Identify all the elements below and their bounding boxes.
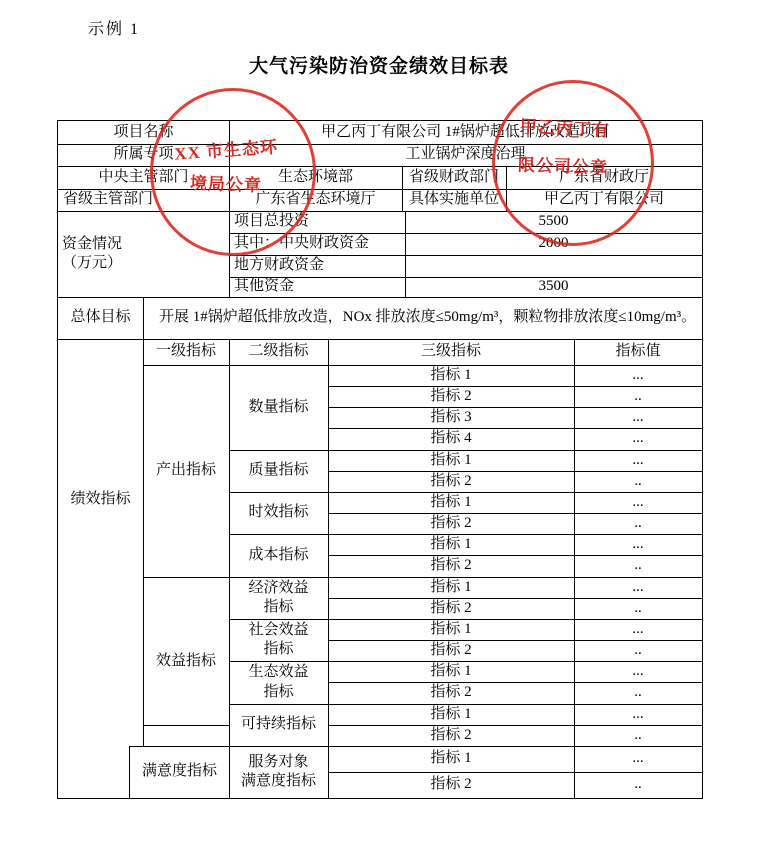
level2-line: 指标 [263, 640, 293, 660]
central-dept-value: 生态环境部 [229, 166, 402, 189]
level2-line: 时效指标 [248, 503, 308, 523]
prov-finance-value: 广东省财政厅 [506, 166, 702, 189]
level2-quantity-label: 数量指标 [229, 365, 328, 450]
level2-line: 指标 [263, 598, 293, 618]
level1-benefit-label: 效益指标 [143, 577, 229, 746]
indicator-name-cell: 指标 1 [328, 661, 574, 682]
indicator-value-cell: ... [574, 577, 702, 598]
indicator-name-cell: 指标 1 [328, 577, 574, 598]
performance-target-table: 项目名称 甲乙丙丁有限公司 1#锅炉超低排放改造项目 所属专项 工业锅炉深度治理… [57, 120, 703, 799]
funding-row-label: 其他资金 [229, 277, 405, 297]
indicator-name-cell: 指标 1 [328, 450, 574, 471]
level2-line: 成本指标 [248, 546, 308, 566]
prov-finance-label: 省级财政部门 [402, 166, 506, 189]
level2-timeliness-label: 时效指标 [229, 492, 328, 534]
indicator-name-cell: 指标 1 [328, 365, 574, 386]
funding-section-label: 资金情况 （万元） [58, 211, 229, 297]
indicator-name-cell: 指标 1 [328, 619, 574, 640]
funding-row-value: 2000 [405, 233, 702, 255]
page-title: 大气污染防治资金绩效目标表 [57, 51, 701, 78]
header-level1: 一级指标 [143, 339, 229, 365]
funding-row-label: 项目总投资 [229, 211, 405, 233]
level2-line: 服务对象 [248, 753, 308, 773]
project-name-value: 甲乙丙丁有限公司 1#锅炉超低排放改造项目 [229, 121, 702, 144]
level2-social-label: 社会效益指标 [229, 619, 328, 661]
example-label: 示例 1 [88, 16, 140, 39]
level2-service-satisfaction-label: 服务对象满意度指标 [229, 746, 328, 798]
level2-cost-label: 成本指标 [229, 534, 328, 577]
indicator-value-cell: .. [574, 682, 702, 704]
indicator-name-cell: 指标 2 [328, 471, 574, 492]
funding-row-value: 3500 [405, 277, 702, 297]
indicator-value-cell: .. [574, 513, 702, 534]
indicator-name-cell: 指标 2 [328, 640, 574, 661]
level1-output-label: 产出指标 [143, 365, 229, 577]
funding-label-line2: （万元） [62, 254, 122, 274]
central-dept-label: 中央主管部门 [58, 166, 229, 189]
indicator-name-cell: 指标 2 [328, 772, 574, 798]
level2-line: 数量指标 [248, 398, 308, 418]
header-indicator-value: 指标值 [574, 339, 702, 365]
indicator-value-cell: ... [574, 450, 702, 471]
level2-line: 质量指标 [248, 461, 308, 481]
document-page: 示例 1 大气污染防治资金绩效目标表 [0, 0, 758, 845]
indicator-value-cell: ... [574, 492, 702, 513]
indicator-value-cell: ... [574, 428, 702, 450]
funding-row-value: 5500 [405, 211, 702, 233]
impl-unit-label: 具体实施单位 [402, 189, 506, 211]
funding-row-label: 其中：中央财政资金 [229, 233, 405, 255]
indicator-name-cell: 指标 2 [328, 725, 574, 746]
indicator-value-cell: ... [574, 661, 702, 682]
indicator-name-cell: 指标 2 [328, 682, 574, 704]
funding-label-line1: 资金情况 [62, 235, 122, 255]
level2-quality-label: 质量指标 [229, 450, 328, 492]
overall-goal-value: 开展 1#锅炉超低排放改造，NOx 排放浓度≤50mg/m³，颗粒物排放浓度≤1… [143, 297, 702, 339]
level2-sustainable-label: 可持续指标 [229, 704, 328, 746]
header-level2: 二级指标 [229, 339, 328, 365]
indicator-value-cell: .. [574, 640, 702, 661]
indicator-value-cell: .. [574, 386, 702, 407]
indicator-value-cell: ... [574, 746, 702, 772]
level1-satisfaction-label: 满意度指标 [129, 746, 230, 798]
indicator-value-cell: ... [574, 619, 702, 640]
prov-dept-value: 广东省生态环境厅 [229, 189, 402, 211]
indicator-value-cell: .. [574, 598, 702, 619]
level2-line: 指标 [263, 683, 293, 703]
impl-unit-value: 甲乙丙丁有限公司 [506, 189, 702, 211]
indicator-value-cell: .. [574, 772, 702, 798]
level2-line: 满意度指标 [241, 772, 316, 792]
indicator-value-cell: ... [574, 407, 702, 428]
indicator-name-cell: 指标 3 [328, 407, 574, 428]
level2-line: 生态效益 [248, 663, 308, 683]
funding-row-value [405, 255, 702, 277]
level2-line: 经济效益 [248, 579, 308, 599]
level2-line: 社会效益 [248, 621, 308, 641]
indicator-name-cell: 指标 2 [328, 598, 574, 619]
prov-dept-label: 省级主管部门 [58, 189, 229, 211]
level2-ecological-label: 生态效益指标 [229, 661, 328, 704]
special-project-value: 工业锅炉深度治理 [229, 144, 702, 166]
indicator-value-cell: .. [574, 555, 702, 577]
special-project-label: 所属专项 [58, 144, 229, 166]
indicator-value-cell: ... [574, 365, 702, 386]
funding-row-label: 地方财政资金 [229, 255, 405, 277]
indicator-value-cell: ... [574, 534, 702, 555]
level2-economic-label: 经济效益指标 [229, 577, 328, 619]
performance-section-label: 绩效指标 [58, 365, 143, 746]
indicator-name-cell: 指标 1 [328, 534, 574, 555]
indicator-name-cell: 指标 1 [328, 704, 574, 725]
indicator-value-cell: ... [574, 704, 702, 725]
indicator-name-cell: 指标 1 [328, 746, 574, 772]
indicator-value-cell: .. [574, 471, 702, 492]
header-level3: 三级指标 [328, 339, 574, 365]
overall-goal-label: 总体目标 [58, 297, 143, 339]
level2-line: 可持续指标 [241, 715, 316, 735]
indicator-value-cell: .. [574, 725, 702, 746]
indicator-name-cell: 指标 2 [328, 513, 574, 534]
indicator-name-cell: 指标 1 [328, 492, 574, 513]
indicator-name-cell: 指标 2 [328, 386, 574, 407]
project-name-label: 项目名称 [58, 121, 229, 144]
indicator-name-cell: 指标 2 [328, 555, 574, 577]
indicator-name-cell: 指标 4 [328, 428, 574, 450]
